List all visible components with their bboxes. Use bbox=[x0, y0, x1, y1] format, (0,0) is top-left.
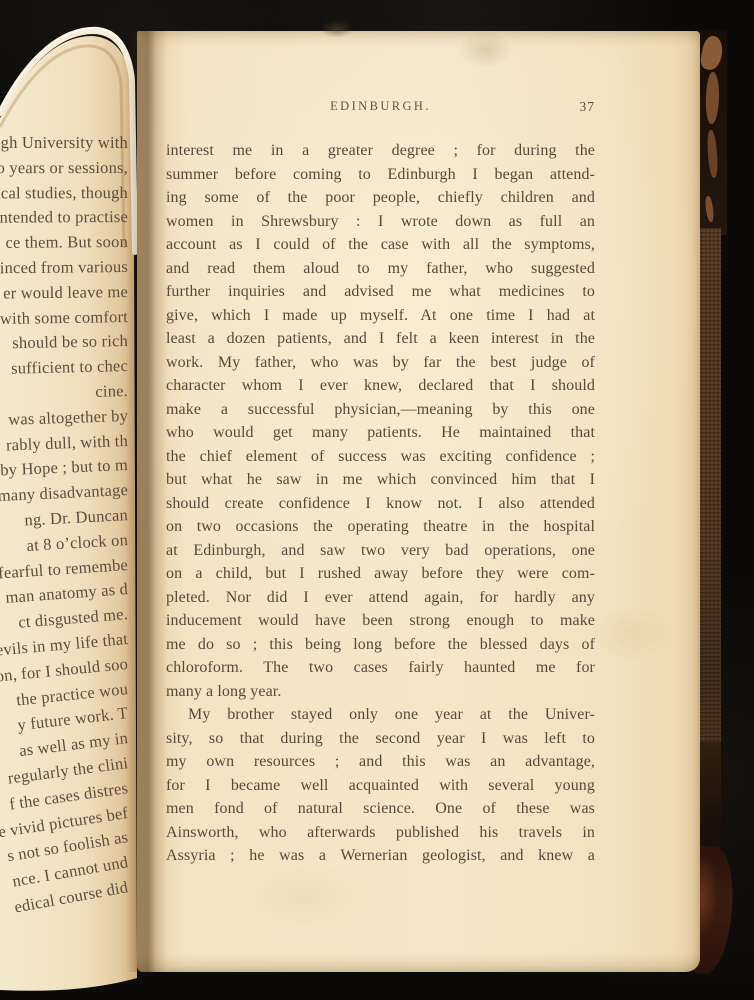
body-text-line: summer before coming to Edinburgh I bega… bbox=[166, 163, 595, 187]
page-edge-smudge bbox=[320, 20, 354, 38]
page-number: 37 bbox=[580, 99, 596, 115]
body-text-line: Ainsworth, who afterwards published his … bbox=[166, 821, 595, 845]
body-text-line: sity, so that during the second year I w… bbox=[166, 727, 595, 751]
left-page-text: gh University witho years or sessions,di… bbox=[0, 131, 128, 900]
body-text-line: make a successful physician,—meaning by … bbox=[166, 398, 595, 422]
body-text-line: pleted. Nor did I ever attend again, for… bbox=[166, 586, 595, 610]
body-text-line: who would get many patients. He maintain… bbox=[166, 421, 595, 445]
body-text-line: women in Shrewsbury : I wrote down as fu… bbox=[166, 210, 595, 234]
body-text-line: inducement would have been strong enough… bbox=[166, 609, 595, 633]
left-page-text-line: gh University with bbox=[0, 131, 128, 156]
body-text-line: me do so ; this being long before the bl… bbox=[166, 633, 595, 657]
body-text-line: work. My father, who was by far the best… bbox=[166, 351, 595, 375]
body-text-line: the chief element of success was excitin… bbox=[166, 445, 595, 469]
body-text-line: chloroform. The two cases fairly haunted… bbox=[166, 656, 595, 680]
body-text-line: on two occasions the operating theatre i… bbox=[166, 515, 595, 539]
body-text-line: many a long year. bbox=[166, 680, 595, 704]
body-text-line: further inquiries and advised me what me… bbox=[166, 280, 595, 304]
running-head: EDINBURGH. bbox=[166, 99, 595, 114]
body-text: interest me in a greater degree ; for du… bbox=[166, 139, 595, 868]
left-page-text-line: dical studies, though bbox=[0, 181, 128, 207]
body-text-line: account as I could of the case with all … bbox=[166, 233, 595, 257]
left-page-text-line: o years or sessions, bbox=[0, 156, 128, 181]
page-header: EDINBURGH. 37 bbox=[166, 99, 595, 119]
body-text-line: men fond of natural science. One of thes… bbox=[166, 797, 595, 821]
body-text-line: least a dozen patients, and I felt a kee… bbox=[166, 327, 595, 351]
body-text-line: at Edinburgh, and saw two very bad opera… bbox=[166, 539, 595, 563]
body-text-line: but what he saw in me which convinced hi… bbox=[166, 468, 595, 492]
body-text-line: interest me in a greater degree ; for du… bbox=[166, 139, 595, 163]
body-text-line: on a child, but I rushed away before the… bbox=[166, 562, 595, 586]
body-text-line: and read them aloud to my father, who su… bbox=[166, 257, 595, 281]
body-text-line: ing some of the poor people, chiefly chi… bbox=[166, 186, 595, 210]
body-text-line: character whom I ever knew, declared tha… bbox=[166, 374, 595, 398]
body-text-line: my own resources ; and this was an advan… bbox=[166, 750, 595, 774]
left-page-text-line: ntended to practise bbox=[0, 205, 128, 232]
right-page: EDINBURGH. 37 interest me in a greater d… bbox=[137, 31, 700, 972]
body-text-line: should create confidence I know not. I a… bbox=[166, 492, 595, 516]
cover-cloth-strip bbox=[697, 228, 721, 752]
body-text-line: My brother stayed only one year at the U… bbox=[166, 703, 595, 727]
book-photo-background: gh University witho years or sessions,di… bbox=[0, 0, 754, 1000]
body-text-line: Assyria ; he was a Wernerian geologist, … bbox=[166, 844, 595, 868]
body-text-line: give, which I made up myself. At one tim… bbox=[166, 304, 595, 328]
body-text-line: for I became well acquainted with severa… bbox=[166, 774, 595, 798]
